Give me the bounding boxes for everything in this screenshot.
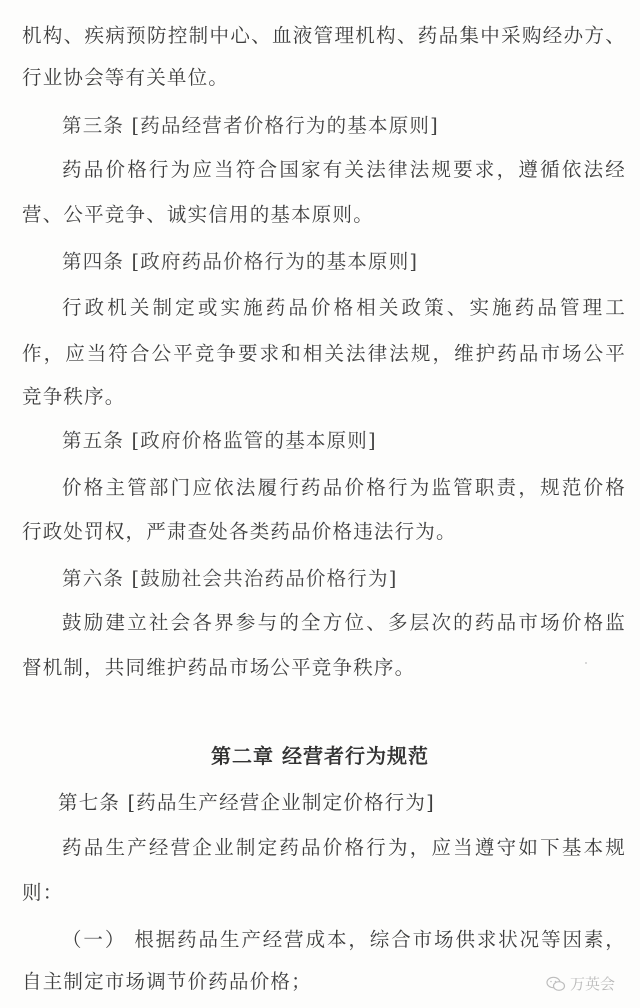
scan-artifact [585,662,587,664]
watermark-text: 万英会 [570,973,615,994]
article-3-title: 第三条 [药品经营者价格行为的基本原则] [62,114,439,138]
body-line: 作，应当符合公平竞争要求和相关法律法规，维护药品市场公平 [22,342,626,366]
body-line: 行政机关制定或实施药品价格相关政策、实施药品管理工 [62,296,626,320]
article-7-title: 第七条 [药品生产经营企业制定价格行为] [58,791,435,815]
body-line: 督机制，共同维护药品市场公平竞争秩序。 [22,656,415,680]
wechat-icon [546,976,566,992]
body-line: 价格主管部门应依法履行药品价格行为监管职责，规范价格 [62,476,626,500]
chapter-heading: 第二章 经营者行为规范 [0,744,640,768]
body-line: 竞争秩序。 [22,385,126,409]
body-line: 则： [22,881,63,905]
body-line: 机构、疾病预防控制中心、血液管理机构、药品集中采购经办方、 [22,24,626,48]
scanned-document-page: 机构、疾病预防控制中心、血液管理机构、药品集中采购经办方、 行业协会等有关单位。… [0,0,640,1008]
body-line: 自主制定市场调节价药品价格； [22,970,312,994]
body-line: 行政处罚权，严肃查处各类药品价格违法行为。 [22,520,457,544]
body-line: 药品价格行为应当符合国家有关法律法规要求，遵循依法经 [62,158,626,182]
article-4-title: 第四条 [政府药品价格行为的基本原则] [62,250,418,274]
body-line: 药品生产经营企业制定药品价格行为，应当遵守如下基本规 [62,836,626,860]
body-line: 营、公平竞争、诚实信用的基本原则。 [22,203,374,227]
article-6-title: 第六条 [鼓励社会共治药品价格行为] [62,567,398,591]
watermark: 万英会 [546,973,615,994]
list-item-1: （一） 根据药品生产经营成本，综合市场供求状况等因素， [62,928,626,952]
article-5-title: 第五条 [政府价格监管的基本原则] [62,429,377,453]
body-line: 行业协会等有关单位。 [22,66,229,90]
body-line: 鼓励建立社会各界参与的全方位、多层次的药品市场价格监 [62,611,626,635]
